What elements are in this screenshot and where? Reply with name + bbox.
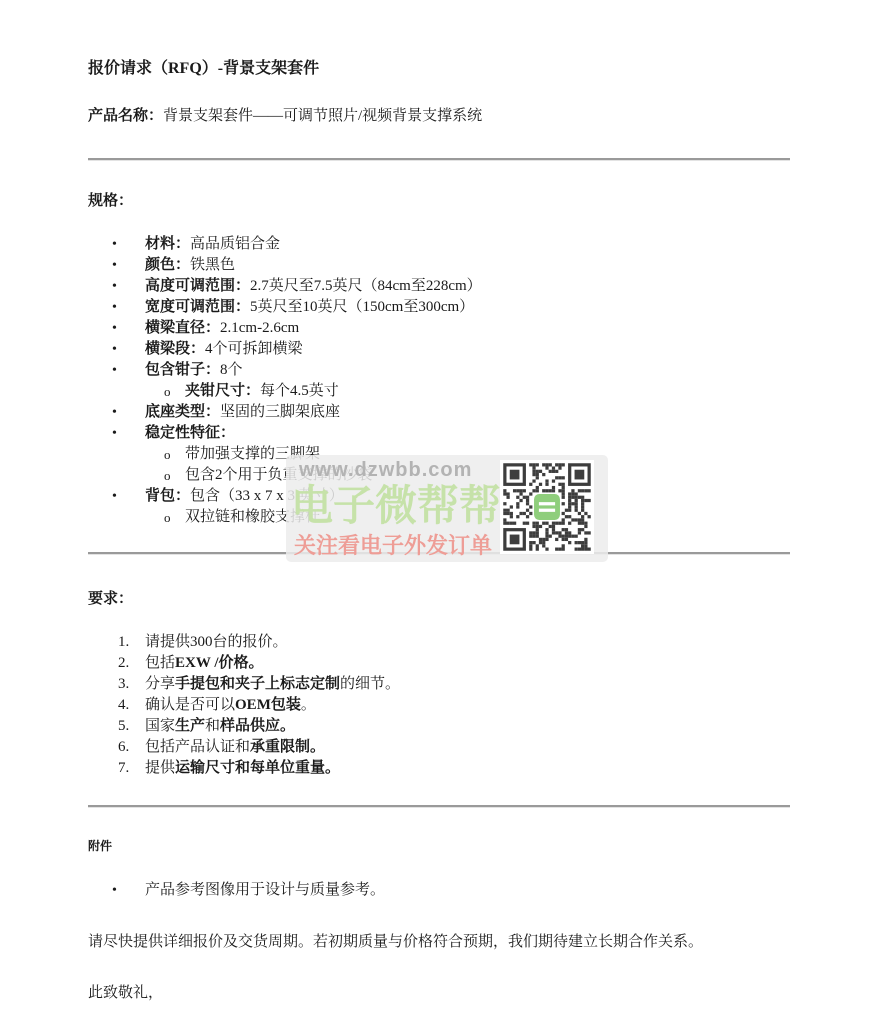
sub-bullet-icon: o: [164, 465, 171, 486]
requirements-heading: 要求：: [88, 589, 790, 609]
watermark-slogan-text: 关注看电子外发订单: [294, 529, 492, 560]
requirement-item: 5.国家生产和样品供应。: [88, 716, 790, 737]
spec-item: •横梁段：4个可拆卸横梁: [88, 339, 790, 360]
document-page: 报价请求（RFQ）-背景支架套件 产品名称：背景支架套件——可调节照片/视频背景…: [0, 0, 869, 1020]
signoff-line: 此致敬礼，: [88, 983, 790, 1004]
spec-subvalue: 每个4.5英寸: [260, 383, 339, 399]
sub-bullet-icon: o: [164, 507, 171, 528]
spec-value: 5英尺至10英尺（150cm至300cm）: [250, 299, 474, 315]
spec-value: 2.7英尺至7.5英尺（84cm至228cm）: [250, 278, 482, 294]
bullet-icon: •: [112, 297, 117, 318]
bullet-icon: •: [112, 255, 117, 276]
spec-item: •包含钳子：8个: [88, 360, 790, 381]
requirement-text: OEM包装: [235, 697, 301, 713]
bullet-icon: •: [112, 318, 117, 339]
requirement-item: 1.请提供300台的报价。: [88, 632, 790, 653]
requirement-item: 3.分享手提包和夹子上标志定制的细节。: [88, 674, 790, 695]
requirement-text: 包括: [145, 655, 175, 671]
bullet-icon: •: [112, 360, 117, 381]
spec-label: 横梁直径：: [145, 320, 220, 336]
spec-label: 高度可调范围：: [145, 278, 250, 294]
number-marker: 7.: [118, 758, 129, 779]
spec-label: 底座类型：: [145, 404, 220, 420]
number-marker: 3.: [118, 674, 129, 695]
product-name-label: 产品名称：: [88, 108, 163, 124]
number-marker: 6.: [118, 737, 129, 758]
spec-item: •稳定性特征：: [88, 423, 790, 444]
sub-bullet-icon: o: [164, 444, 171, 465]
bullet-icon: •: [112, 339, 117, 360]
spec-item: •高度可调范围：2.7英尺至7.5英尺（84cm至228cm）: [88, 276, 790, 297]
spec-item: •宽度可调范围：5英尺至10英尺（150cm至300cm）: [88, 297, 790, 318]
requirements-list: 1.请提供300台的报价。2.包括EXW /价格。3.分享手提包和夹子上标志定制…: [88, 632, 790, 779]
spec-label: 材料：: [145, 236, 190, 252]
product-name-line: 产品名称：背景支架套件——可调节照片/视频背景支撑系统: [88, 106, 790, 126]
spec-value: 2.1cm-2.6cm: [220, 320, 299, 336]
requirement-text: 样品供应。: [220, 718, 295, 734]
requirement-text: 确认是否可以: [145, 697, 235, 713]
specs-heading: 规格：: [88, 191, 790, 211]
spec-item: •颜色：铁黑色: [88, 255, 790, 276]
requirement-text: 生产: [175, 718, 205, 734]
spec-label: 颜色：: [145, 257, 190, 273]
bullet-icon: •: [112, 486, 117, 507]
spec-label: 背包：: [145, 488, 190, 504]
bullet-icon: •: [112, 402, 117, 423]
attachments-list: • 产品参考图像用于设计与质量参考。: [88, 880, 790, 901]
number-marker: 2.: [118, 653, 129, 674]
requirement-text: 的细节。: [340, 676, 400, 692]
spec-value: 高品质铝合金: [190, 236, 280, 252]
number-marker: 1.: [118, 632, 129, 653]
spec-sublabel: 夹钳尺寸：: [185, 383, 260, 399]
spec-item: •底座类型：坚固的三脚架底座: [88, 402, 790, 423]
spec-label: 横梁段：: [145, 341, 205, 357]
spec-value: 4个可拆卸横梁: [205, 341, 303, 357]
watermark-overlay: www.dzwbb.com 电子微帮帮 关注看电子外发订单: [286, 455, 608, 562]
qr-code-icon: [500, 460, 594, 554]
requirement-text: 承重限制。: [250, 739, 325, 755]
spec-value: 8个: [220, 362, 243, 378]
document-title: 报价请求（RFQ）-背景支架套件: [88, 58, 790, 80]
section-divider-bottom: [88, 805, 790, 808]
requirement-item: 4.确认是否可以OEM包装。: [88, 695, 790, 716]
requirement-text: 和: [205, 718, 220, 734]
number-marker: 5.: [118, 716, 129, 737]
requirement-text: 手提包和夹子上标志定制: [175, 676, 340, 692]
requirement-text: 提供: [145, 760, 175, 776]
requirement-text: EXW /价格。: [175, 655, 263, 671]
requirement-text: 。: [301, 697, 316, 713]
requirement-item: 7.提供运输尺寸和每单位重量。: [88, 758, 790, 779]
requirement-text: 运输尺寸和每单位重量。: [175, 760, 340, 776]
attachments-heading: 附件: [88, 838, 790, 854]
spec-item: •材料：高品质铝合金: [88, 234, 790, 255]
spec-label: 包含钳子：: [145, 362, 220, 378]
spec-subitem: o夹钳尺寸：每个4.5英寸: [88, 381, 790, 402]
attachment-item-text: 产品参考图像用于设计与质量参考。: [145, 882, 385, 898]
bullet-icon: •: [112, 234, 117, 255]
closing-paragraph: 请尽快提供详细报价及交货周期。若初期质量与价格符合预期，我们期待建立长期合作关系…: [88, 932, 790, 953]
spec-label: 稳定性特征：: [145, 425, 235, 441]
bullet-icon: •: [112, 276, 117, 297]
requirement-text: 请提供300台的报价。: [145, 634, 288, 650]
number-marker: 4.: [118, 695, 129, 716]
bullet-icon: •: [112, 880, 117, 901]
watermark-brand-text: 电子微帮帮: [291, 473, 501, 533]
requirement-text: 分享: [145, 676, 175, 692]
product-name-value: 背景支架套件——可调节照片/视频背景支撑系统: [163, 108, 482, 124]
attachment-item: • 产品参考图像用于设计与质量参考。: [88, 880, 790, 901]
requirement-text: 包括产品认证和: [145, 739, 250, 755]
spec-value: 铁黑色: [190, 257, 235, 273]
requirement-item: 6.包括产品认证和承重限制。: [88, 737, 790, 758]
spec-item: •横梁直径：2.1cm-2.6cm: [88, 318, 790, 339]
requirement-item: 2.包括EXW /价格。: [88, 653, 790, 674]
requirement-text: 国家: [145, 718, 175, 734]
bullet-icon: •: [112, 423, 117, 444]
spec-label: 宽度可调范围：: [145, 299, 250, 315]
section-divider-top: [88, 158, 790, 161]
sub-bullet-icon: o: [164, 381, 171, 402]
spec-value: 坚固的三脚架底座: [220, 404, 340, 420]
